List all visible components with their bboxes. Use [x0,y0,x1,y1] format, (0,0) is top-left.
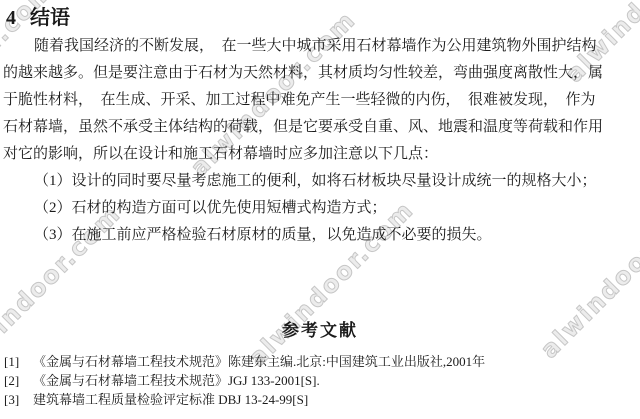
references-list: [1] 《金属与石材幕墙工程技术规范》陈建东主编.北京:中国建筑工业出版社,20… [4,352,636,409]
body-line: 的越来越多。但是要注意由于石材为天然材料，其材质均匀性较差，弯曲强度离散性大，属 [3,60,638,87]
body-line: （2）石材的构造方面可以优先使用短槽式构造方式； [3,195,638,222]
section-number: 4 [6,7,16,30]
reference-item: [1] 《金属与石材幕墙工程技术规范》陈建东主编.北京:中国建筑工业出版社,20… [4,352,636,371]
references-heading: 参考文献 [0,316,640,341]
section-title-text: 结语 [30,1,70,30]
body-line: 对它的影响，所以在设计和施工石材幕墙时应多加注意以下几点： [3,141,638,168]
reference-text: 《金属与石材幕墙工程技术规范》陈建东主编.北京:中国建筑工业出版社,2001年 [29,352,636,371]
reference-text: 建筑幕墙工程质量检验评定标准 DBJ 13-24-99[S] [29,390,636,409]
body-line: 石材幕墙，虽然不承受主体结构的荷载，但是它要承受自重、风、地震和温度等荷载和作用 [3,114,638,141]
reference-item: [2] 《金属与石材幕墙工程技术规范》JGJ 133-2001[S]. [4,371,636,390]
reference-number: [2] [4,371,29,390]
reference-number: [3] [4,390,29,409]
body-line: 随着我国经济的不断发展， 在一些大中城市采用石材幕墙作为公用建筑物外围护结构 [3,33,638,60]
body-line: （3）在施工前应严格检验石材原材的质量，以免造成不必要的损失。 [3,222,638,249]
section-heading: 4 结语 [6,1,70,30]
reference-item: [3] 建筑幕墙工程质量检验评定标准 DBJ 13-24-99[S] [4,390,636,409]
body-line: （1）设计的同时要尽量考虑施工的便利，如将石材板块尽量设计成统一的规格大小； [3,168,638,195]
reference-number: [1] [4,352,29,371]
reference-text: 《金属与石材幕墙工程技术规范》JGJ 133-2001[S]. [29,371,636,390]
document-page: alwindoor.com alwindoor.com alwindoor.co… [0,0,640,419]
body-text: 随着我国经济的不断发展， 在一些大中城市采用石材幕墙作为公用建筑物外围护结构 的… [3,33,638,249]
body-line: 于脆性材料， 在生成、开采、加工过程中难免产生一些轻微的内伤， 很难被发现， 作… [3,87,638,114]
